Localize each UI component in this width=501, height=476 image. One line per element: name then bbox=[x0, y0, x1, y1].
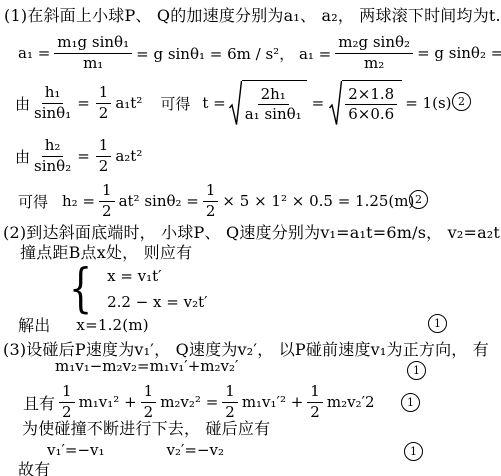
fraction-m2gsin: m₂g sinθ₂ m₂ bbox=[335, 34, 413, 72]
fraction-h1-sin: h₁ sinθ₁ bbox=[34, 84, 71, 122]
fraction-numerator: 1 bbox=[96, 137, 112, 156]
fraction-denominator: m₂ bbox=[364, 54, 384, 72]
fraction-numerator: 1 bbox=[99, 182, 115, 201]
radical-sign bbox=[329, 80, 342, 126]
kede-label: 可得 bbox=[18, 191, 48, 212]
fraction-one-half: 1 2 bbox=[307, 383, 323, 421]
equals-sign: = bbox=[77, 147, 90, 165]
circled-step-number: 2 bbox=[409, 190, 428, 209]
acc-rhs: = g sinθ₂ = 5m / s² bbox=[417, 44, 501, 62]
energy-term4: m₂v₂′2 bbox=[327, 393, 375, 411]
fraction-denominator: m₁ bbox=[83, 54, 103, 72]
circled-step-number: 1 bbox=[401, 393, 420, 412]
h2-mid: at² sinθ₂ = bbox=[119, 192, 199, 210]
fraction-denominator: 2 bbox=[310, 403, 320, 421]
radical-sign bbox=[229, 80, 242, 126]
step1-intro-label: (1)在斜面上小球P、 Q的加速度分别为a₁、 a₂， 两球滚下时间均为t. bbox=[4, 3, 501, 26]
energy-term1: m₁v₁² + bbox=[79, 393, 137, 411]
solve-label: 解出 bbox=[18, 313, 50, 336]
t-lhs: t = bbox=[202, 94, 225, 112]
fraction-denominator: 2 bbox=[102, 202, 112, 220]
system-brace: { bbox=[69, 261, 92, 317]
square-root: 2h₁ a₁ sinθ₁ bbox=[229, 80, 307, 126]
you-label: 由 bbox=[15, 146, 30, 167]
h2-result-equation: 可得 h₂ = 1 2 at² sinθ₂ = 1 2 × 5 × 1² × 0… bbox=[18, 181, 414, 221]
step2-intro-text2: 撞点距B点x处， 则应有 bbox=[20, 240, 192, 263]
time-equation: 由 h₁ sinθ₁ = 1 2 a₁t² 可得 t = 2h₁ a₁ sinθ… bbox=[15, 78, 452, 128]
fraction-numerator: 1 bbox=[307, 383, 323, 402]
h2-equation: 由 h₂ sinθ₂ = 1 2 a₂t² bbox=[15, 131, 142, 181]
fraction-numerator: 2×1.8 bbox=[345, 86, 397, 105]
fraction-denominator: 2 bbox=[206, 202, 216, 220]
solve-value: x=1.2(m) bbox=[76, 316, 148, 334]
equals-sign: = bbox=[77, 94, 90, 112]
circled-step-number: 2 bbox=[452, 92, 471, 111]
fraction-numerator: 1 bbox=[203, 182, 219, 201]
condition-text: 为使碰撞不断进行下去， 碰后应有 bbox=[22, 416, 270, 439]
circled-step-number: 1 bbox=[407, 361, 426, 380]
energy-term3: m₁v₁′² + bbox=[242, 393, 303, 411]
fraction-one-half: 1 2 bbox=[203, 182, 219, 220]
fraction-denominator: sinθ₂ bbox=[34, 157, 71, 175]
circled-step-number: 1 bbox=[404, 442, 423, 461]
equals-sign: = bbox=[312, 94, 325, 112]
fraction-numerator: m₁g sinθ₁ bbox=[54, 34, 132, 53]
solve-result: 解出 x=1.2(m) bbox=[18, 313, 149, 336]
momentum-eq-text: m₁v₁−m₂v₂=m₁v₁′+m₂v₂′ bbox=[55, 357, 238, 375]
physics-solution-page: (1)在斜面上小球P、 Q的加速度分别为a₁、 a₂， 两球滚下时间均为t. a… bbox=[0, 0, 501, 476]
guyou-text: 故有 bbox=[18, 457, 50, 476]
step2-intro-line2: 撞点距B点x处， 则应有 bbox=[20, 240, 192, 263]
energy-term2: m₂v₂² = bbox=[160, 393, 218, 411]
fraction-numerator: 1 bbox=[59, 383, 75, 402]
guyou-label: 故有 bbox=[18, 457, 50, 476]
fraction-one-half: 1 2 bbox=[96, 84, 112, 122]
h2-lhs: h₂ = bbox=[62, 192, 95, 210]
equation-system: { x = v₁t′ 2.2 − x = v₂t′ bbox=[64, 261, 208, 317]
fraction-2h1: 2h₁ a₁ sinθ₁ bbox=[245, 86, 302, 124]
fraction-numerator: 2h₁ bbox=[258, 86, 289, 105]
condition-label: 为使碰撞不断进行下去， 碰后应有 bbox=[22, 416, 270, 439]
fraction-h2-sin: h₂ sinθ₂ bbox=[34, 137, 71, 175]
you-label: 由 bbox=[15, 93, 30, 114]
radicand: 2×1.8 6×0.6 bbox=[342, 80, 402, 126]
fraction-denominator: 2 bbox=[99, 157, 109, 175]
fraction-one-half: 1 2 bbox=[96, 137, 112, 175]
velocity-eq2: v₂′=−v₂ bbox=[167, 441, 225, 459]
momentum-equation: m₁v₁−m₂v₂=m₁v₁′+m₂v₂′ bbox=[55, 357, 238, 375]
kede-label: 可得 bbox=[160, 93, 190, 114]
qie-label: 且有 bbox=[23, 391, 55, 414]
fraction-denominator: 2 bbox=[99, 104, 109, 122]
velocity-eq1: v₁′=−v₁ bbox=[47, 441, 105, 459]
system-eq2: 2.2 − x = v₂t′ bbox=[107, 293, 207, 311]
fraction-one-half: 1 2 bbox=[99, 182, 115, 220]
circled-step-number: 1 bbox=[428, 314, 447, 333]
fraction-denominator: sinθ₁ bbox=[34, 104, 71, 122]
fraction-numerator: 1 bbox=[141, 383, 157, 402]
fraction-numerator: 1 bbox=[222, 383, 238, 402]
fraction-m1gsin: m₁g sinθ₁ m₁ bbox=[54, 34, 132, 72]
fraction-numerator: h₁ bbox=[42, 84, 64, 103]
time-result: = 1(s) bbox=[405, 94, 451, 112]
fraction-denominator: 6×0.6 bbox=[348, 105, 394, 123]
system-eq1: x = v₁t′ bbox=[107, 267, 207, 285]
acceleration-equation: a₁ = m₁g sinθ₁ m₁ = g sinθ₁ = 6m / s²， a… bbox=[18, 27, 501, 79]
fraction-numerator: h₂ bbox=[42, 137, 64, 156]
a1t2-term: a₁t² bbox=[115, 94, 142, 112]
h2-tail: × 5 × 1² × 0.5 = 1.25(m) bbox=[222, 192, 414, 210]
fraction-numeric: 2×1.8 6×0.6 bbox=[345, 86, 397, 124]
fraction-denominator: a₁ sinθ₁ bbox=[245, 105, 302, 123]
acc-mid: = g sinθ₁ = 6m / s²， a₁ = bbox=[136, 43, 331, 64]
system-equations: x = v₁t′ 2.2 − x = v₂t′ bbox=[107, 267, 207, 311]
square-root: 2×1.8 6×0.6 bbox=[329, 80, 402, 126]
fraction-numerator: 1 bbox=[96, 84, 112, 103]
step1-intro-text: (1)在斜面上小球P、 Q的加速度分别为a₁、 a₂， 两球滚下时间均为t. bbox=[4, 3, 501, 26]
radicand: 2h₁ a₁ sinθ₁ bbox=[242, 80, 307, 126]
velocity-conditions: v₁′=−v₁ v₂′=−v₂ bbox=[47, 441, 224, 459]
a2t2-term: a₂t² bbox=[115, 147, 142, 165]
fraction-numerator: m₂g sinθ₂ bbox=[335, 34, 413, 53]
acc-lhs1: a₁ = bbox=[18, 44, 50, 62]
